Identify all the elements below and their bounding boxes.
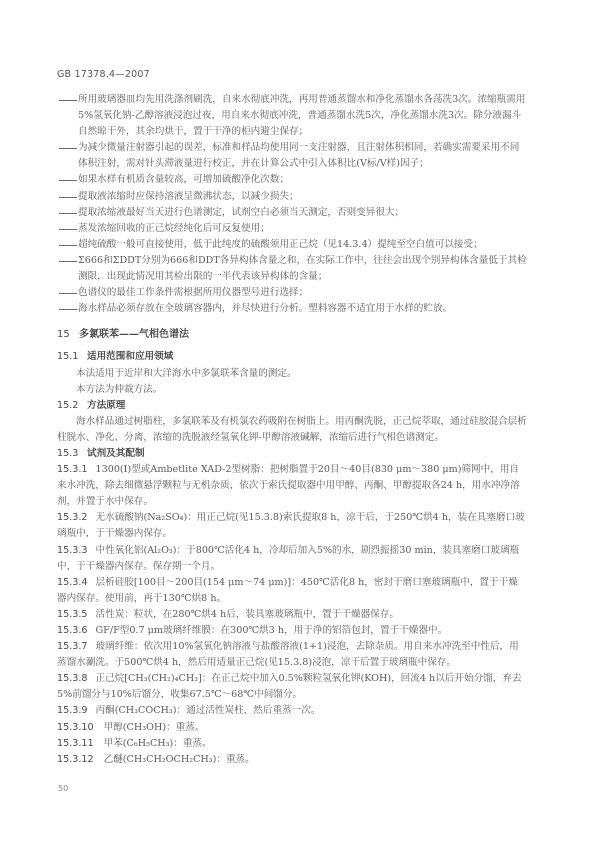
clause-text: 层析硅胶[100目～200目(154 μm～74 μm)]：450℃活化8 h，…: [57, 577, 518, 604]
clause-number: 15.3.6: [57, 623, 96, 639]
clause-15-3-7: 15.3.7玻璃纤维：依次用10%氢氧化钠溶液与盐酸溶液(1+1)浸泡，去除杂质…: [57, 639, 527, 671]
clause-text: 1300(I)型或Ambetlite XAD-2型树脂：把树脂置于20目～40目…: [57, 464, 520, 507]
subsection-title: 试剂及其配制: [87, 448, 145, 459]
clause-15-3-11: 15.3.11甲苯(C₆H₅CH₃)：重蒸。: [57, 736, 527, 752]
clause-15-3-10: 15.3.10甲醇(CH₃OH)：重蒸。: [57, 720, 527, 736]
section-heading-15: 15多氯联苯——气相色谱法: [57, 327, 527, 343]
clause-text: 玻璃纤维：依次用10%氢氧化钠溶液与盐酸溶液(1+1)浸泡，去除杂质。用自来水冲…: [57, 641, 519, 668]
note-item: 蒸发浓缩回收的正己烷经纯化后可反复使用；: [57, 221, 527, 237]
subsection-heading-15-3: 15.3试剂及其配制: [57, 446, 527, 462]
subsection-number: 15.1: [57, 349, 87, 365]
clause-text: 正己烷[CH₃(CH₂)₄CH₃]：在正己烷中加入0.5%颗粒氢氧化钾(KOH)…: [57, 673, 522, 700]
section-title: 多氯联苯——气相色谱法: [79, 329, 189, 340]
clause-number: 15.3.2: [57, 510, 96, 526]
note-item: 所用玻璃器皿均先用洗涤剂刷洗，自来水彻底冲洗，再用普通蒸馏水和净化蒸馏水各荡洗3…: [57, 92, 527, 140]
clause-15-3-9: 15.3.9丙酮(CH₃COCH₃)：通过活性炭柱，然后重蒸一次。: [57, 703, 527, 719]
document-page: GB 17378.4—2007 所用玻璃器皿均先用洗涤剂刷洗，自来水彻底冲洗，再…: [0, 0, 600, 850]
subsection-number: 15.3: [57, 446, 87, 462]
clause-15-3-8: 15.3.8正己烷[CH₃(CH₂)₄CH₃]：在正己烷中加入0.5%颗粒氢氧化…: [57, 671, 527, 703]
clause-15-3-12: 15.3.12乙醚(CH₃CH₂OCH₂CH₃)：重蒸。: [57, 752, 527, 768]
clause-number: 15.3.8: [57, 671, 96, 687]
clause-number: 15.3.7: [57, 639, 96, 655]
clause-15-3-3: 15.3.3中性氧化铝(Al₂O₃)：于800℃活化4 h，冷却后加入5%的水，…: [57, 543, 527, 575]
note-text: 超纯硫酸一般可直接使用，低于此纯度的硫酸须用正己烷（见14.3.4）提纯至空白值…: [78, 239, 483, 250]
note-item: 提取浓缩液最好当天进行色谱测定，试剂空白必须当天测定，否则变异很大；: [57, 205, 527, 221]
paragraph: 本方法为仲裁方法。: [57, 382, 527, 398]
clause-text: 丙酮(CH₃COCH₃)：通过活性炭柱，然后重蒸一次。: [96, 705, 321, 716]
note-item: 色谱仪的最佳工作条件需根据所用仪器型号进行选择；: [57, 285, 527, 301]
clause-text: 中性氧化铝(Al₂O₃)：于800℃活化4 h，冷却后加入5%的水，剧烈振摇30…: [57, 545, 519, 572]
note-text: 色谱仪的最佳工作条件需根据所用仪器型号进行选择；: [78, 287, 308, 298]
clause-15-3-5: 15.3.5活性炭：粒状，在280℃烘4 h后，装具塞玻璃瓶中，置于干燥器保存。: [57, 607, 527, 623]
clause-text: GF/F型0.7 μm玻璃纤维膜：在300℃烘3 h，用于净的铝箔包封，置于干燥…: [96, 625, 448, 636]
note-text: 海水样品必须存放在全玻璃容器内，并尽快进行分析。塑料容器不适宜用于水样的贮放。: [78, 303, 452, 314]
clause-text: 甲醇(CH₃OH)：重蒸。: [104, 722, 205, 733]
page-number: 50: [58, 784, 68, 793]
paragraph: 海水样品通过树脂柱，多氯联苯及有机氯农药吸附在树脂上。用丙酮洗脱，正己烷萃取，通…: [57, 414, 527, 446]
clause-15-3-4: 15.3.4层析硅胶[100目～200目(154 μm～74 μm)]：450℃…: [57, 575, 527, 607]
clause-number: 15.3.12: [57, 752, 104, 768]
subsection-number: 15.2: [57, 398, 87, 414]
note-item: Σ666和ΣDDT分别为666和DDT各异构体含量之和，在实际工作中，往往会出现…: [57, 253, 527, 285]
clause-15-3-1: 15.3.11300(I)型或Ambetlite XAD-2型树脂：把树脂置于2…: [57, 462, 527, 510]
note-item: 如果水样有机质含量较高，可增加硫酸净化次数；: [57, 172, 527, 188]
standard-code-header: GB 17378.4—2007: [57, 69, 150, 80]
clause-text: 乙醚(CH₃CH₂OCH₂CH₃)：重蒸。: [104, 754, 255, 765]
clause-number: 15.3.9: [57, 703, 96, 719]
page-content: 所用玻璃器皿均先用洗涤剂刷洗，自来水彻底冲洗，再用普通蒸馏水和净化蒸馏水各荡洗3…: [57, 92, 527, 768]
note-text: 如果水样有机质含量较高，可增加硫酸净化次数；: [78, 174, 289, 185]
note-item: 海水样品必须存放在全玻璃容器内，并尽快进行分析。塑料容器不适宜用于水样的贮放。: [57, 301, 527, 317]
paragraph: 本法适用于近岸和大洋海水中多氯联苯含量的测定。: [57, 366, 527, 382]
clause-text: 活性炭：粒状，在280℃烘4 h后，装具塞玻璃瓶中，置于干燥器保存。: [96, 609, 399, 620]
note-text: 蒸发浓缩回收的正己烷经纯化后可反复使用；: [78, 223, 270, 234]
note-text: Σ666和ΣDDT分别为666和DDT各异构体含量之和，在实际工作中，往往会出现…: [78, 255, 527, 282]
clause-text: 无水硫酸钠(Na₂SO₄)：用正己烷(见15.3.8)索氏提取8 h，凉干后，于…: [57, 512, 525, 539]
subsection-heading-15-2: 15.2方法原理: [57, 398, 527, 414]
clause-number: 15.3.3: [57, 543, 96, 559]
note-text: 为减少微量注射器引起的误差，标准和样品均使用同一支注射器，且注射体积相同，若确实…: [78, 142, 519, 169]
section-number: 15: [57, 327, 79, 343]
clause-15-3-2: 15.3.2无水硫酸钠(Na₂SO₄)：用正己烷(见15.3.8)索氏提取8 h…: [57, 510, 527, 542]
subsection-title: 方法原理: [87, 400, 125, 411]
note-item: 提取液浓缩时应保持溶液呈微沸状态，以减少损失；: [57, 189, 527, 205]
note-text: 提取液浓缩时应保持溶液呈微沸状态，以减少损失；: [78, 191, 299, 202]
clause-text: 甲苯(C₆H₅CH₃)：重蒸。: [104, 738, 212, 749]
note-text: 提取浓缩液最好当天进行色谱测定，试剂空白必须当天测定，否则变异很大；: [78, 207, 404, 218]
clause-number: 15.3.4: [57, 575, 96, 591]
clause-number: 15.3.1: [57, 462, 96, 478]
note-item: 为减少微量注射器引起的误差，标准和样品均使用同一支注射器，且注射体积相同，若确实…: [57, 140, 527, 172]
clause-number: 15.3.10: [57, 720, 104, 736]
note-item: 超纯硫酸一般可直接使用，低于此纯度的硫酸须用正己烷（见14.3.4）提纯至空白值…: [57, 237, 527, 253]
notes-list: 所用玻璃器皿均先用洗涤剂刷洗，自来水彻底冲洗，再用普通蒸馏水和净化蒸馏水各荡洗3…: [57, 92, 527, 317]
subsection-title: 适用范围和应用领域: [87, 351, 173, 362]
clause-number: 15.3.5: [57, 607, 96, 623]
subsection-heading-15-1: 15.1适用范围和应用领域: [57, 349, 527, 365]
clause-15-3-6: 15.3.6GF/F型0.7 μm玻璃纤维膜：在300℃烘3 h，用于净的铝箔包…: [57, 623, 527, 639]
note-text: 所用玻璃器皿均先用洗涤剂刷洗，自来水彻底冲洗，再用普通蒸馏水和净化蒸馏水各荡洗3…: [78, 94, 525, 137]
clause-number: 15.3.11: [57, 736, 104, 752]
